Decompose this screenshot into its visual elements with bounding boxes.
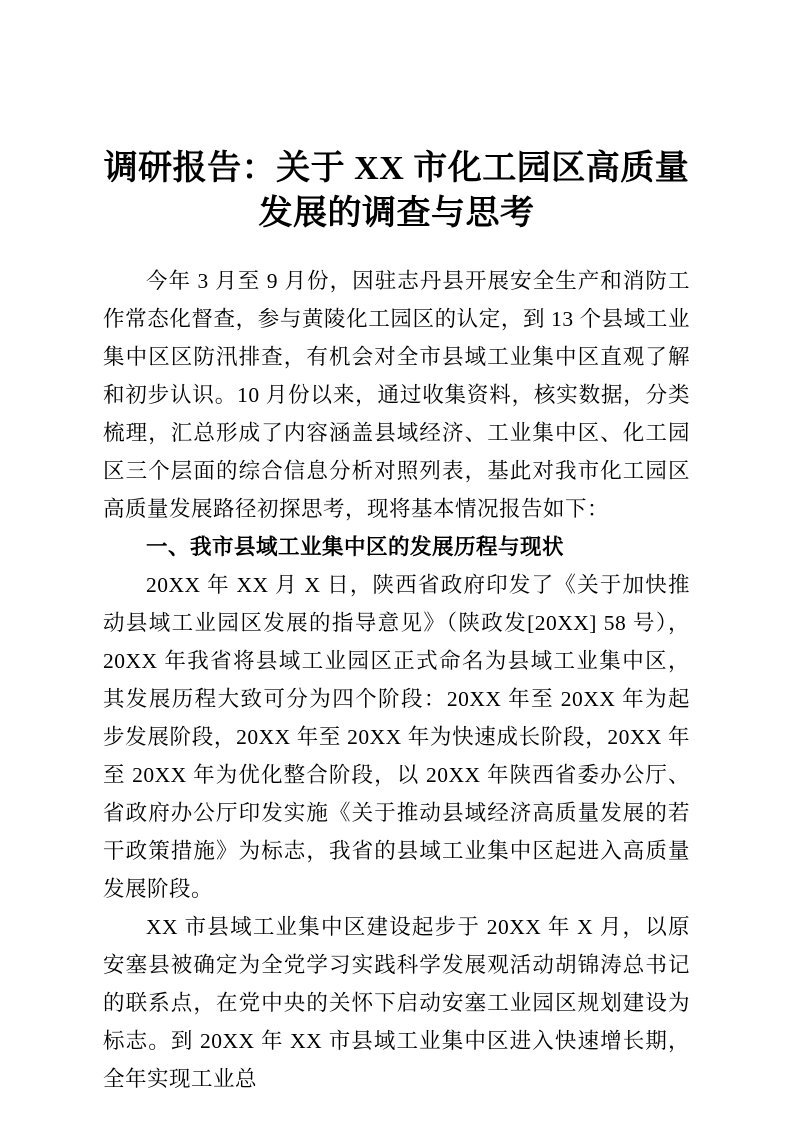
paragraph-intro: 今年 3 月至 9 月份，因驻志丹县开展安全生产和消防工作常态化督查，参与黄陵化… <box>103 262 690 528</box>
document-title-line-1: 调研报告：关于 XX 市化工园区高质量 <box>103 146 690 191</box>
paragraph-section1-1: 20XX 年 XX 月 X 日，陕西省政府印发了《关于加快推动县域工业园区发展的… <box>103 566 690 908</box>
document-title: 调研报告：关于 XX 市化工园区高质量 发展的调查与思考 <box>103 146 690 236</box>
document-body: 今年 3 月至 9 月份，因驻志丹县开展安全生产和消防工作常态化督查，参与黄陵化… <box>103 262 690 1098</box>
document-page: 调研报告：关于 XX 市化工园区高质量 发展的调查与思考 今年 3 月至 9 月… <box>0 0 793 1122</box>
section-heading-1: 一、我市县域工业集中区的发展历程与现状 <box>103 528 690 566</box>
paragraph-section1-2: XX 市县域工业集中区建设起步于 20XX 年 X 月，以原安塞县被确定为全党学… <box>103 908 690 1098</box>
document-title-line-2: 发展的调查与思考 <box>103 191 690 236</box>
